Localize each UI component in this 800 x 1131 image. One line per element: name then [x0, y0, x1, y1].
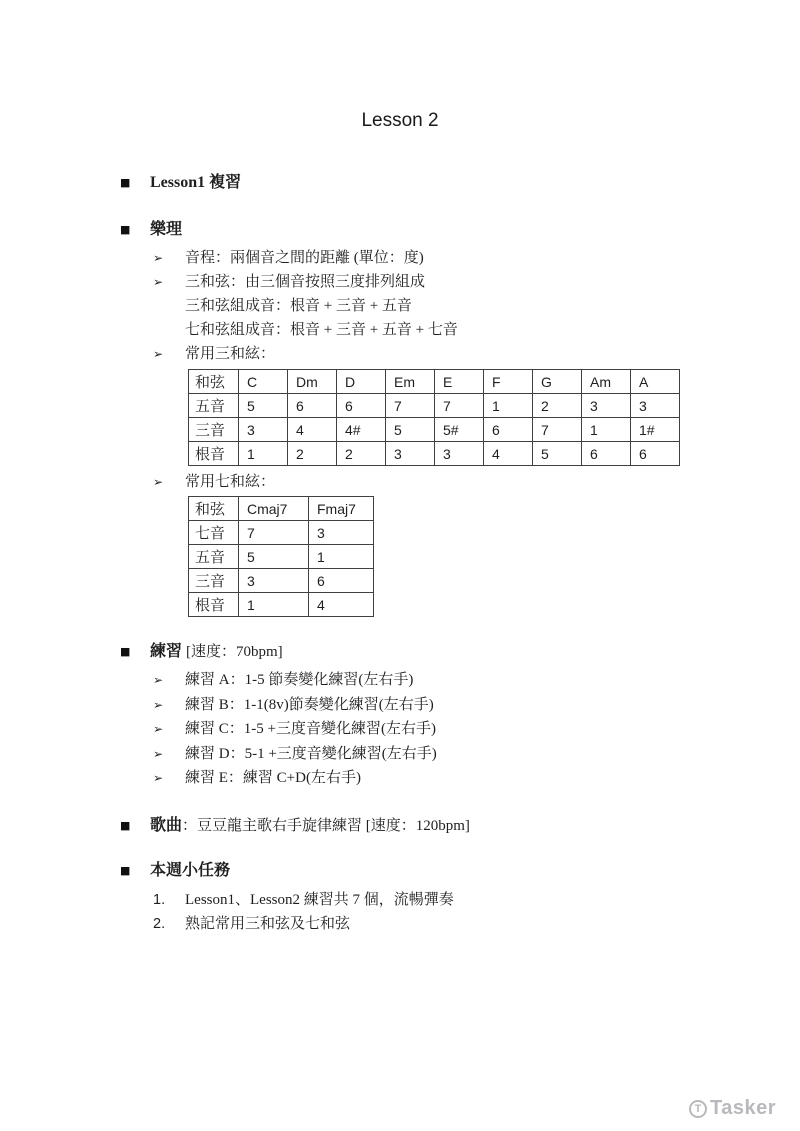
square-bullet-icon: ■: [120, 221, 150, 239]
practice-item-text: 練習 C：1-5 +三度音變化練習(左右手): [185, 717, 436, 742]
table-cell: 3: [631, 394, 680, 418]
table-cell: Am: [582, 370, 631, 394]
section-practice-label: 練習: [150, 643, 182, 661]
practice-item-a: ➢ 練習 A：1-5 節奏變化練習(左右手): [153, 668, 800, 693]
table-row: 三音 3 6: [189, 569, 374, 593]
table-cell: 三音: [189, 418, 239, 442]
tasker-logo-icon: T: [689, 1100, 707, 1118]
table-cell: Dm: [288, 370, 337, 394]
practice-item-text: 練習 B：1-1(8v)節奏變化練習(左右手): [185, 693, 434, 718]
table-cell: D: [337, 370, 386, 394]
section-review-label: Lesson1 複習: [150, 174, 241, 192]
theory-item-seventh-notes: 七和弦組成音：根音 + 三音 + 五音 + 七音: [153, 318, 800, 342]
practice-item-text: 練習 E：練習 C+D(左右手): [185, 766, 361, 791]
section-tasks: ■ 本週小任務: [120, 862, 800, 880]
table-cell: 根音: [189, 593, 239, 617]
table-cell: 2: [533, 394, 582, 418]
table-cell: 3: [239, 569, 309, 593]
arrow-bullet-icon: ➢: [153, 246, 185, 270]
theory-item-triad-notes: 三和弦組成音：根音 + 三音 + 五音: [153, 294, 800, 318]
task-text: Lesson1、Lesson2 練習共 7 個，流暢彈奏: [185, 888, 454, 912]
practice-item-e: ➢ 練習 E：練習 C+D(左右手): [153, 766, 800, 791]
theory-item-triad: ➢ 三和弦：由三個音按照三度排列組成: [153, 270, 800, 294]
table-row: 和弦 Cmaj7 Fmaj7: [189, 497, 374, 521]
theory-item-interval: ➢ 音程：兩個音之間的距離 (單位：度): [153, 246, 800, 270]
section-review: ■ Lesson1 複習: [120, 174, 800, 192]
table-cell: 6: [337, 394, 386, 418]
table-cell: 5: [239, 394, 288, 418]
table-cell: 6: [309, 569, 374, 593]
theory-item-text: 三和弦：由三個音按照三度排列組成: [185, 270, 425, 294]
task-number: 1.: [153, 888, 185, 912]
table-row: 五音 5 1: [189, 545, 374, 569]
table-cell: 7: [239, 521, 309, 545]
theory-item-text: 常用七和絃：: [185, 470, 275, 494]
theory-item-common-sevenths: ➢ 常用七和絃：: [153, 470, 800, 494]
table-cell: 5: [386, 418, 435, 442]
watermark-label: Tasker: [710, 1097, 776, 1120]
table-cell: 5#: [435, 418, 484, 442]
arrow-bullet-icon: ➢: [153, 470, 185, 494]
arrow-bullet-icon: ➢: [153, 668, 185, 693]
arrow-bullet-icon: ➢: [153, 342, 185, 366]
arrow-bullet-icon: ➢: [153, 742, 185, 767]
table-cell: 五音: [189, 394, 239, 418]
practice-item-c: ➢ 練習 C：1-5 +三度音變化練習(左右手): [153, 717, 800, 742]
section-song-label: 歌曲: [150, 817, 182, 835]
square-bullet-icon: ■: [120, 862, 150, 880]
theory-item-common-triads: ➢ 常用三和絃：: [153, 342, 800, 366]
section-practice: ■ 練習 [速度：70bpm]: [120, 643, 800, 661]
table-cell: E: [435, 370, 484, 394]
table-cell: 三音: [189, 569, 239, 593]
table-cell: 五音: [189, 545, 239, 569]
table-cell: F: [484, 370, 533, 394]
seventh-chord-table: 和弦 Cmaj7 Fmaj7 七音 7 3 五音 5 1 三音 3 6 根音 1…: [188, 496, 374, 617]
table-row: 根音 1 4: [189, 593, 374, 617]
table-cell: 4: [484, 442, 533, 466]
theory-item-text: 音程：兩個音之間的距離 (單位：度): [185, 246, 424, 270]
theory-item-text: 三和弦組成音：根音 + 三音 + 五音: [185, 294, 412, 318]
page-title: Lesson 2: [0, 0, 800, 132]
table-cell: 4: [309, 593, 374, 617]
table-cell: Fmaj7: [309, 497, 374, 521]
arrow-bullet-icon: ➢: [153, 270, 185, 294]
table-cell: A: [631, 370, 680, 394]
tasker-watermark: T Tasker: [689, 1097, 776, 1120]
table-cell: 6: [582, 442, 631, 466]
task-item-1: 1. Lesson1、Lesson2 練習共 7 個，流暢彈奏: [153, 888, 800, 912]
practice-item-text: 練習 A：1-5 節奏變化練習(左右手): [185, 668, 413, 693]
theory-item-text: 常用三和絃：: [185, 342, 275, 366]
table-cell: 3: [435, 442, 484, 466]
table-cell: 7: [386, 394, 435, 418]
table-cell: C: [239, 370, 288, 394]
table-cell: 4#: [337, 418, 386, 442]
table-cell: 3: [582, 394, 631, 418]
table-cell: Cmaj7: [239, 497, 309, 521]
section-theory: ■ 樂理: [120, 221, 800, 239]
arrow-bullet-icon: ➢: [153, 766, 185, 791]
table-cell: 2: [337, 442, 386, 466]
section-song: ■ 歌曲 ：豆豆龍主歌右手旋律練習 [速度：120bpm]: [120, 817, 800, 835]
table-cell: 7: [435, 394, 484, 418]
document-page: Lesson 2 ■ Lesson1 複習 ■ 樂理 ➢ 音程：兩個音之間的距離…: [0, 0, 800, 1131]
table-cell: 5: [239, 545, 309, 569]
table-cell: 2: [288, 442, 337, 466]
table-cell: 1: [239, 593, 309, 617]
practice-item-b: ➢ 練習 B：1-1(8v)節奏變化練習(左右手): [153, 693, 800, 718]
table-row: 七音 7 3: [189, 521, 374, 545]
table-cell: 根音: [189, 442, 239, 466]
table-row: 根音 1 2 2 3 3 4 5 6 6: [189, 442, 680, 466]
table-row: 三音 3 4 4# 5 5# 6 7 1 1#: [189, 418, 680, 442]
table-cell: 6: [288, 394, 337, 418]
table-cell: 1#: [631, 418, 680, 442]
table-cell: 3: [309, 521, 374, 545]
song-description: ：豆豆龍主歌右手旋律練習 [速度：120bpm]: [182, 817, 470, 835]
table-cell: Em: [386, 370, 435, 394]
practice-tempo: [速度：70bpm]: [186, 643, 283, 661]
table-cell: 7: [533, 418, 582, 442]
theory-item-text: 七和弦組成音：根音 + 三音 + 五音 + 七音: [185, 318, 458, 342]
table-cell: 1: [239, 442, 288, 466]
square-bullet-icon: ■: [120, 643, 150, 661]
section-theory-label: 樂理: [150, 221, 182, 239]
square-bullet-icon: ■: [120, 817, 150, 835]
table-cell: 1: [484, 394, 533, 418]
table-cell: G: [533, 370, 582, 394]
arrow-bullet-icon: ➢: [153, 717, 185, 742]
table-cell: 和弦: [189, 370, 239, 394]
table-cell: 1: [582, 418, 631, 442]
table-cell: 4: [288, 418, 337, 442]
table-cell: 七音: [189, 521, 239, 545]
table-cell: 6: [484, 418, 533, 442]
table-cell: 3: [239, 418, 288, 442]
practice-item-d: ➢ 練習 D：5-1 +三度音變化練習(左右手): [153, 742, 800, 767]
table-row: 和弦 C Dm D Em E F G Am A: [189, 370, 680, 394]
table-row: 五音 5 6 6 7 7 1 2 3 3: [189, 394, 680, 418]
tasker-logo-letter: T: [695, 1103, 702, 1115]
section-tasks-label: 本週小任務: [150, 862, 230, 880]
task-text: 熟記常用三和弦及七和弦: [185, 912, 350, 936]
table-cell: 和弦: [189, 497, 239, 521]
practice-item-text: 練習 D：5-1 +三度音變化練習(左右手): [185, 742, 437, 767]
table-cell: 3: [386, 442, 435, 466]
table-cell: 1: [309, 545, 374, 569]
task-number: 2.: [153, 912, 185, 936]
square-bullet-icon: ■: [120, 174, 150, 192]
table-cell: 6: [631, 442, 680, 466]
table-cell: 5: [533, 442, 582, 466]
triad-chord-table: 和弦 C Dm D Em E F G Am A 五音 5 6 6 7 7 1 2…: [188, 369, 680, 466]
task-item-2: 2. 熟記常用三和弦及七和弦: [153, 912, 800, 936]
arrow-bullet-icon: ➢: [153, 693, 185, 718]
